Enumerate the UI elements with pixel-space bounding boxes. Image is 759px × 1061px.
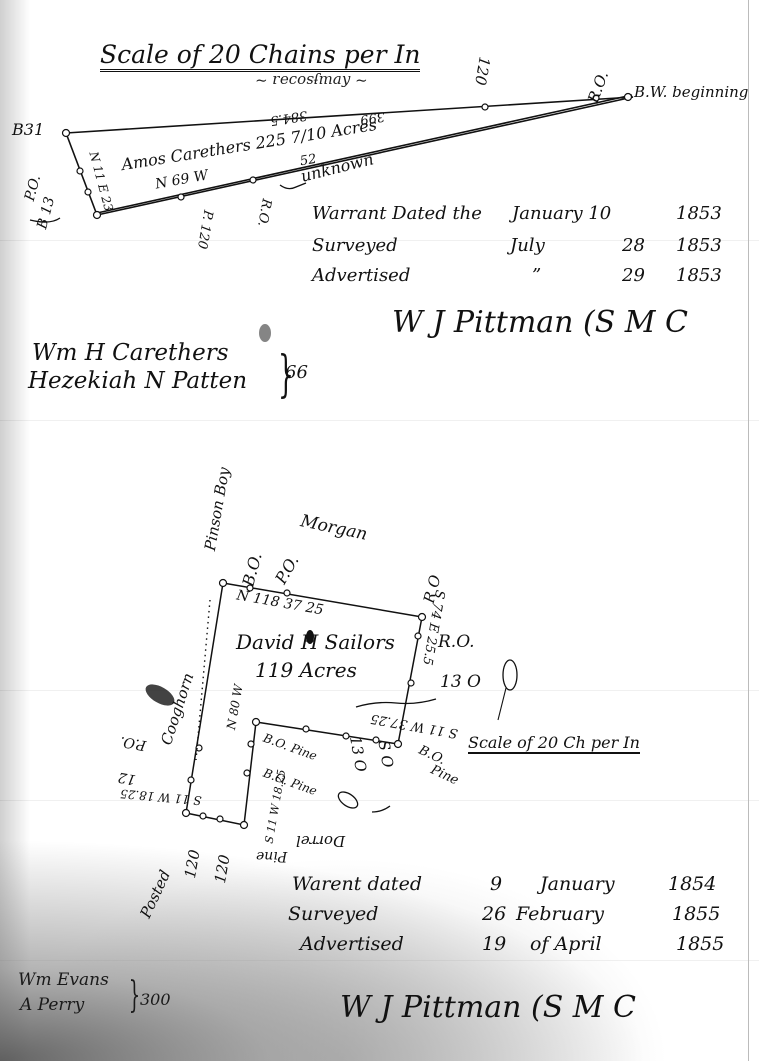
- date-year-warrant: 1854: [668, 873, 716, 895]
- date-month-surveyed: July: [510, 235, 545, 256]
- brace: }: [129, 975, 140, 1016]
- plat2-acres-label: 119 Acres: [255, 658, 357, 682]
- date-month-surveyed: February: [516, 903, 604, 925]
- plat2-bottom-label: Pine: [256, 848, 287, 864]
- plat2-scale-label: Scale of 20 Ch per In: [468, 733, 640, 754]
- date-day-surveyed: 28: [622, 235, 645, 256]
- plat-drawings: [0, 0, 759, 1061]
- claimant-number: 66: [285, 362, 308, 383]
- date-day-advertised: 19: [482, 933, 506, 955]
- survey-document-page: Scale of 20 Chains per In ~ ʎɐɯɟsoɔǝɹ ~ …: [0, 0, 759, 1061]
- date-day-surveyed: 26: [482, 903, 506, 925]
- date-label-warrant: Warrant Dated the: [312, 203, 482, 224]
- plat1-surveyor-signature: W J Pittman (S M C: [392, 305, 688, 340]
- plat2-bottom-adjoiner: Dorrel: [296, 832, 345, 850]
- date-label-advertised: Advertised: [300, 933, 404, 955]
- footer-claimant-name: Wm Evans: [18, 970, 109, 990]
- plat1-beginning-label: B.W. beginning: [634, 83, 748, 101]
- footer-claimant-number: 300: [140, 990, 171, 1009]
- date-year-warrant: 1853: [676, 203, 722, 224]
- date-month-advertised: ”: [532, 265, 541, 286]
- plat2-surveyor-signature: W J Pittman (S M C: [340, 990, 636, 1025]
- plat2-right-corner-label: 13 O: [440, 672, 481, 692]
- date-label-surveyed: Surveyed: [288, 903, 378, 925]
- plat1-corner-label: B31: [12, 120, 44, 139]
- plat2-right-corner-label: R.O.: [438, 632, 475, 652]
- plat1-upside-down-note: ~ ʎɐɯɟsoɔǝɹ ~: [255, 72, 368, 90]
- footer-claimant-name: A Perry: [20, 995, 84, 1015]
- date-year-surveyed: 1855: [672, 903, 720, 925]
- date-year-advertised: 1855: [676, 933, 724, 955]
- date-month-advertised: of April: [530, 933, 602, 955]
- date-day-advertised: 29: [622, 265, 645, 286]
- date-year-surveyed: 1853: [676, 235, 722, 256]
- date-month-warrant: January 10: [512, 203, 611, 224]
- date-month-warrant: January: [540, 873, 615, 895]
- claimant-name: Hezekiah N Patten: [28, 368, 247, 394]
- plat2-tract-label: David H Sailors: [236, 630, 395, 654]
- claimant-name: Wm H Carethers: [32, 340, 229, 366]
- plat2-left-label: 12: [117, 769, 137, 788]
- date-day-warrant: 9: [490, 873, 502, 895]
- date-year-advertised: 1853: [676, 265, 722, 286]
- date-label-advertised: Advertised: [312, 265, 410, 286]
- date-label-surveyed: Surveyed: [312, 235, 398, 256]
- plat1-scale-title: Scale of 20 Chains per In: [100, 40, 420, 72]
- date-label-warrant: Warent dated: [292, 873, 422, 895]
- page-margin-line: [748, 0, 749, 1061]
